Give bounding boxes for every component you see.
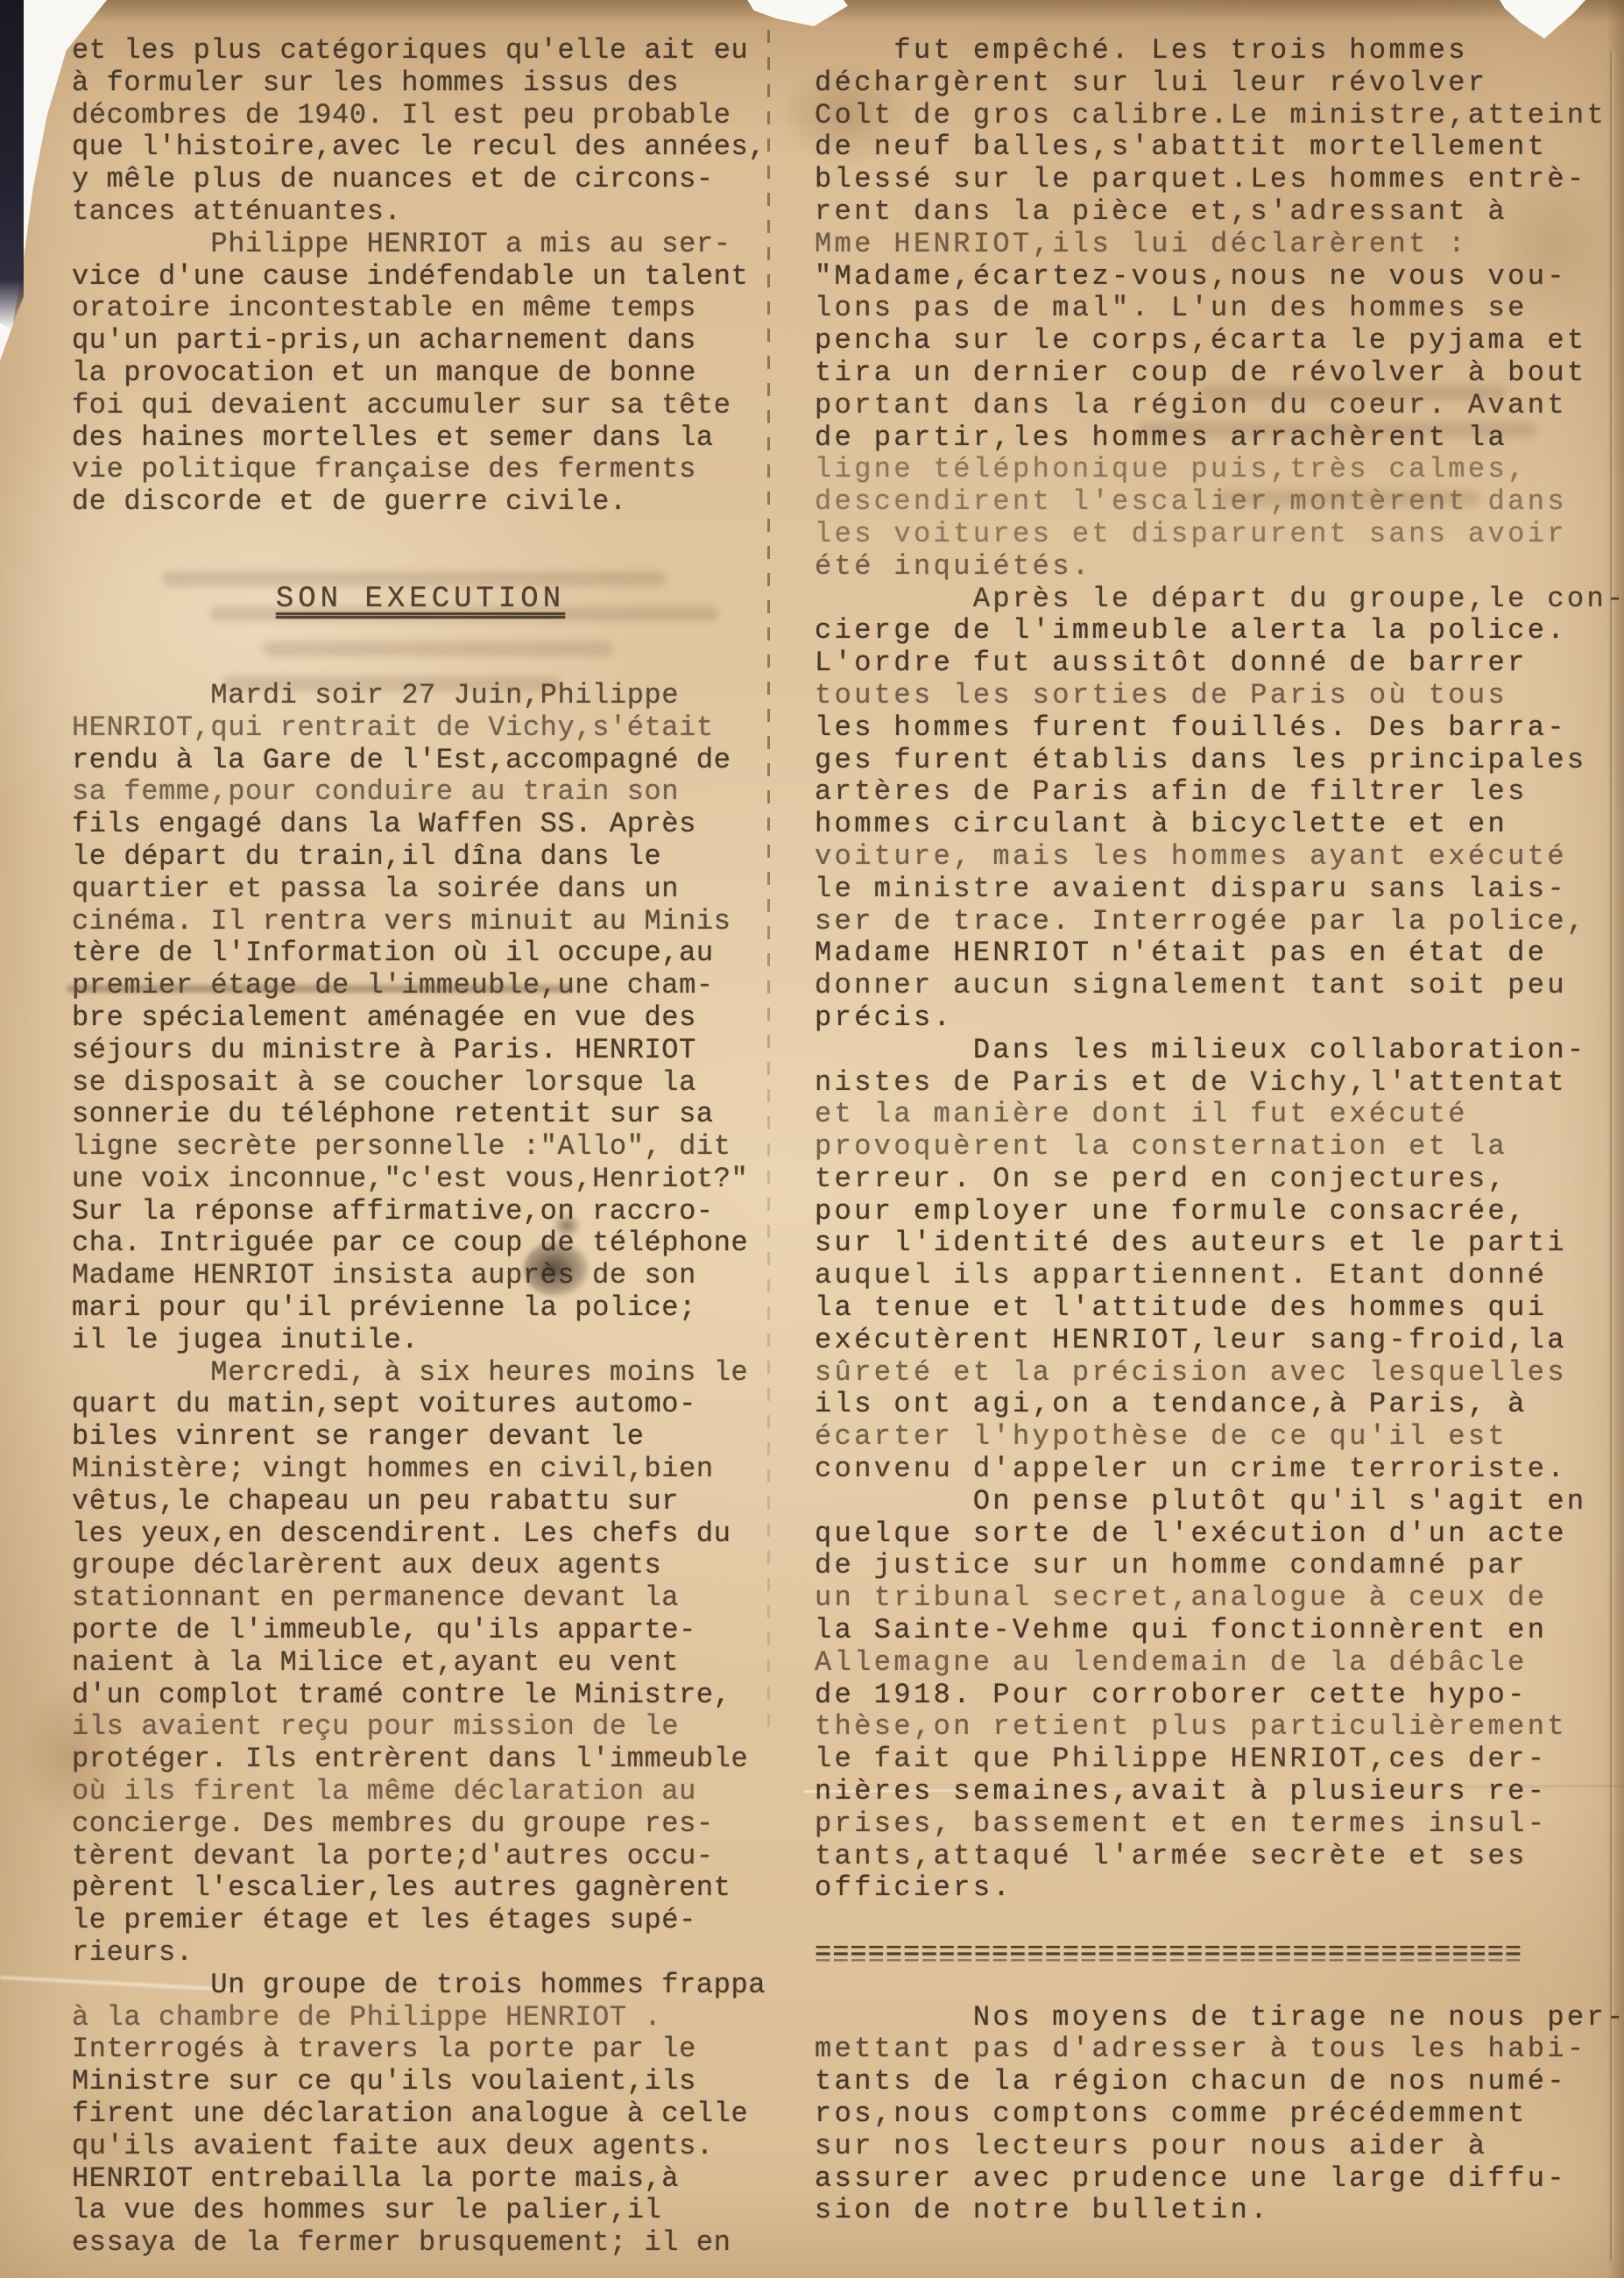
- text-line: Philippe HENRIOT a mis au ser-: [72, 229, 769, 261]
- text-line: un tribunal secret,analogue à ceux de: [815, 1582, 1608, 1615]
- text-line: naient à la Milice et,ayant eu vent: [72, 1647, 769, 1680]
- text-line: les yeux,en descendirent. Les chefs du: [72, 1518, 769, 1551]
- text-line: Mercredi, à six heures moins le: [72, 1357, 769, 1390]
- text-line: sur nos lecteurs pour nous aider à: [815, 2131, 1608, 2163]
- paper-top-edge-shadow: [83, 0, 1624, 23]
- text-line: [815, 1905, 1608, 1937]
- text-line: qu'un parti-pris,un acharnement dans: [72, 325, 769, 357]
- text-line: cha. Intriguée par ce coup de téléphone: [72, 1227, 769, 1260]
- text-line: assurer avec prudence une large diffu-: [815, 2163, 1608, 2196]
- text-line: firent une déclaration analogue à celle: [72, 2098, 769, 2131]
- text-line: portant dans la région du coeur. Avant: [815, 390, 1608, 422]
- text-line: ros,nous comptons comme précédemment: [815, 2098, 1608, 2131]
- text-line: rent dans la pièce et,s'adressant à: [815, 196, 1608, 229]
- text-line: précis.: [815, 1002, 1608, 1035]
- text-line: Interrogés à travers la porte par le: [72, 2034, 769, 2066]
- text-line: groupe déclarèrent aux deux agents: [72, 1550, 769, 1582]
- text-line: toutes les sorties de Paris où tous: [815, 680, 1608, 712]
- text-line: bre spécialement aménagée en vue des: [72, 1002, 769, 1035]
- text-line: des haines mortelles et semer dans la: [72, 422, 769, 455]
- text-line: Madame HENRIOT n'était pas en état de: [815, 937, 1608, 970]
- text-line: pour employer une formule consacrée,: [815, 1196, 1608, 1228]
- text-line: foi qui devaient accumuler sur sa tête: [72, 390, 769, 422]
- text-line: mettant pas d'adresser à tous les habi-: [815, 2034, 1608, 2066]
- ink-blot: [524, 1241, 589, 1297]
- text-line: Mardi soir 27 Juin,Philippe: [72, 680, 769, 712]
- text-line: [72, 615, 769, 647]
- text-line: le départ du train,il dîna dans le: [72, 841, 769, 874]
- text-line: Un groupe de trois hommes frappa: [72, 1970, 769, 2002]
- text-line: HENRIOT,qui rentrait de Vichy,s'était: [72, 712, 769, 745]
- paper-right-edge-shadow: [1606, 0, 1624, 2278]
- text-line: ligne téléphonique puis,très calmes,: [815, 454, 1608, 486]
- text-line: de discorde et de guerre civile.: [72, 486, 769, 519]
- text-line: tants,attaqué l'armée secrète et ses: [815, 1841, 1608, 1873]
- text-line: d'un complot tramé contre le Ministre,: [72, 1680, 769, 1712]
- text-line: oratoire incontestable en même temps: [72, 293, 769, 325]
- text-line: tère de l'Information où il occupe,au: [72, 937, 769, 970]
- text-line: Mme HENRIOT,ils lui déclarèrent :: [815, 229, 1608, 261]
- text-line: quart du matin,sept voitures automo-: [72, 1389, 769, 1421]
- text-line: que l'histoire,avec le recul des années,: [72, 131, 769, 164]
- section-heading: SON EXECUTION: [72, 584, 769, 616]
- text-line: la provocation et un manque de bonne: [72, 357, 769, 390]
- text-line: la Sainte-Vehme qui fonctionnèrent en: [815, 1615, 1608, 1647]
- text-line: [72, 647, 769, 680]
- text-line: nistes de Paris et de Vichy,l'attentat: [815, 1067, 1608, 1100]
- text-line: y mêle plus de nuances et de circons-: [72, 164, 769, 196]
- text-line: tants de la région chacun de nos numé-: [815, 2066, 1608, 2098]
- text-line: cierge de l'immeuble alerta la police.: [815, 615, 1608, 647]
- text-line: ges furent établis dans les principales: [815, 745, 1608, 777]
- text-line: sion de notre bulletin.: [815, 2195, 1608, 2227]
- text-line: quelque sorte de l'exécution d'un acte: [815, 1518, 1608, 1551]
- photo-edge-black-strip: [0, 0, 24, 329]
- text-line: il le jugea inutile.: [72, 1325, 769, 1357]
- text-line: nières semaines,avait à plusieurs re-: [815, 1776, 1608, 1808]
- text-line: de 1918. Pour corroborer cette hypo-: [815, 1680, 1608, 1712]
- text-line: ligne secrète personnelle :"Allo", dit: [72, 1131, 769, 1164]
- text-line: officiers.: [815, 1872, 1608, 1905]
- text-line: vice d'une cause indéfendable un talent: [72, 261, 769, 294]
- text-line: blessé sur le parquet.Les hommes entrè-: [815, 164, 1608, 196]
- text-line: L'ordre fut aussitôt donné de barrer: [815, 647, 1608, 680]
- text-line: fut empêché. Les trois hommes: [815, 35, 1608, 67]
- text-line: pencha sur le corps,écarta le pyjama et: [815, 325, 1608, 357]
- text-line: Ministre sur ce qu'ils voulaient,ils: [72, 2066, 769, 2098]
- text-line: thèse,on retient plus particulièrement: [815, 1711, 1608, 1744]
- text-line: artères de Paris afin de filtrer les: [815, 776, 1608, 809]
- text-line: de partir,les hommes arrachèrent la: [815, 422, 1608, 455]
- text-line: été inquiétés.: [815, 551, 1608, 584]
- typed-separator-line: ========================================: [815, 1937, 1608, 1970]
- text-line: pèrent l'escalier,les autres gagnèrent: [72, 1872, 769, 1905]
- text-line: cinéma. Il rentra vers minuit au Minis: [72, 906, 769, 938]
- text-line: de justice sur un homme condamné par: [815, 1550, 1608, 1582]
- text-line: [72, 551, 769, 584]
- text-line: porte de l'immeuble, qu'ils apparte-: [72, 1615, 769, 1647]
- text-line: sur l'identité des auteurs et le parti: [815, 1227, 1608, 1260]
- text-line: Colt de gros calibre.Le ministre,atteint: [815, 100, 1608, 132]
- text-line: stationnant en permanence devant la: [72, 1582, 769, 1615]
- text-line: auquel ils appartiennent. Etant donné: [815, 1260, 1608, 1292]
- text-line: la vue des hommes sur le palier,il: [72, 2195, 769, 2227]
- text-line: rieurs.: [72, 1937, 769, 1970]
- text-line: et les plus catégoriques qu'elle ait eu: [72, 35, 769, 67]
- text-line: déchargèrent sur lui leur révolver: [815, 67, 1608, 100]
- text-line: le fait que Philippe HENRIOT,ces der-: [815, 1744, 1608, 1776]
- text-line: sonnerie du téléphone retentit sur sa: [72, 1099, 769, 1131]
- text-line: On pense plutôt qu'il s'agit en: [815, 1486, 1608, 1518]
- ink-blot: [552, 1213, 582, 1239]
- left-text-column: et les plus catégoriques qu'elle ait euà…: [72, 35, 769, 2260]
- text-line: sa femme,pour conduire au train son: [72, 776, 769, 809]
- text-line: "Madame,écartez-vous,nous ne vous vou-: [815, 261, 1608, 294]
- text-line: terreur. On se perd en conjectures,: [815, 1164, 1608, 1196]
- text-line: à formuler sur les hommes issus des: [72, 67, 769, 100]
- newspaper-page: et les plus catégoriques qu'elle ait euà…: [0, 0, 1624, 2278]
- text-line: [72, 519, 769, 551]
- text-line: descendirent l'escalier,montèrent dans: [815, 486, 1608, 519]
- text-line: Après le départ du groupe,le con-: [815, 584, 1608, 616]
- text-line: provoquèrent la consternation et la: [815, 1131, 1608, 1164]
- text-line: donner aucun signalement tant soit peu: [815, 970, 1608, 1002]
- right-text-column: fut empêché. Les trois hommesdéchargèren…: [815, 35, 1608, 2227]
- text-line: le premier étage et les étages supé-: [72, 1905, 769, 1937]
- text-line: essaya de la fermer brusquement; il en: [72, 2227, 769, 2260]
- text-line: prises, bassement et en termes insul-: [815, 1808, 1608, 1841]
- text-line: Ministère; vingt hommes en civil,bien: [72, 1454, 769, 1486]
- text-line: protéger. Ils entrèrent dans l'immeuble: [72, 1744, 769, 1776]
- text-line: voiture, mais les hommes ayant exécuté: [815, 841, 1608, 874]
- text-line: une voix inconnue,"c'est vous,Henriot?": [72, 1164, 769, 1196]
- text-line: fils engagé dans la Waffen SS. Après: [72, 809, 769, 841]
- text-line: [815, 1970, 1608, 2002]
- text-line: lons pas de mal". L'un des hommes se: [815, 293, 1608, 325]
- text-line: mari pour qu'il prévienne la police;: [72, 1292, 769, 1325]
- text-line: Allemagne au lendemain de la débâcle: [815, 1647, 1608, 1680]
- text-line: premier étage de l'immeuble,une cham-: [72, 970, 769, 1002]
- text-line: quartier et passa la soirée dans un: [72, 874, 769, 906]
- text-line: Dans les milieux collaboration-: [815, 1035, 1608, 1067]
- text-line: où ils firent la même déclaration au: [72, 1776, 769, 1808]
- text-line: décombres de 1940. Il est peu probable: [72, 100, 769, 132]
- text-line: se disposait à se coucher lorsque la: [72, 1067, 769, 1100]
- text-line: vêtus,le chapeau un peu rabattu sur: [72, 1486, 769, 1518]
- text-line: tèrent devant la porte;d'autres occu-: [72, 1841, 769, 1873]
- text-line: HENRIOT entrebailla la porte mais,à: [72, 2163, 769, 2196]
- text-line: Nos moyens de tirage ne nous per-: [815, 2002, 1608, 2034]
- text-line: hommes circulant à bicyclette et en: [815, 809, 1608, 841]
- text-line: convenu d'appeler un crime terroriste.: [815, 1454, 1608, 1486]
- text-line: le ministre avaient disparu sans lais-: [815, 874, 1608, 906]
- text-line: ils ont agi,on a tendance,à Paris, à: [815, 1389, 1608, 1421]
- column-divider-dashed-line: [767, 30, 770, 1730]
- text-line: biles vinrent se ranger devant le: [72, 1421, 769, 1454]
- text-line: de neuf balles,s'abattit mortellement: [815, 131, 1608, 164]
- text-line: qu'ils avaient faite aux deux agents.: [72, 2131, 769, 2163]
- text-line: exécutèrent HENRIOT,leur sang-froid,la: [815, 1325, 1608, 1357]
- text-line: et la manière dont il fut exécuté: [815, 1099, 1608, 1131]
- document-photo: { "colors":{"paper":"#e0c5a0","ink":"#4a…: [0, 0, 1624, 2278]
- text-line: ils avaient reçu pour mission de le: [72, 1711, 769, 1744]
- text-line: vie politique française des ferments: [72, 454, 769, 486]
- text-line: tira un dernier coup de révolver à bout: [815, 357, 1608, 390]
- text-line: écarter l'hypothèse de ce qu'il est: [815, 1421, 1608, 1454]
- text-line: tances atténuantes.: [72, 196, 769, 229]
- text-line: ser de trace. Interrogée par la police,: [815, 906, 1608, 938]
- text-line: Sur la réponse affirmative,on raccro-: [72, 1196, 769, 1228]
- text-line: la tenue et l'attitude des hommes qui: [815, 1292, 1608, 1325]
- text-line: les hommes furent fouillés. Des barra-: [815, 712, 1608, 745]
- text-line: rendu à la Gare de l'Est,accompagné de: [72, 745, 769, 777]
- text-line: à la chambre de Philippe HENRIOT .: [72, 2002, 769, 2034]
- text-line: concierge. Des membres du groupe res-: [72, 1808, 769, 1841]
- text-line: séjours du ministre à Paris. HENRIOT: [72, 1035, 769, 1067]
- text-line: sûreté et la précision avec lesquelles: [815, 1357, 1608, 1390]
- text-line: Madame HENRIOT insista auprès de son: [72, 1260, 769, 1292]
- text-line: les voitures et disparurent sans avoir: [815, 519, 1608, 551]
